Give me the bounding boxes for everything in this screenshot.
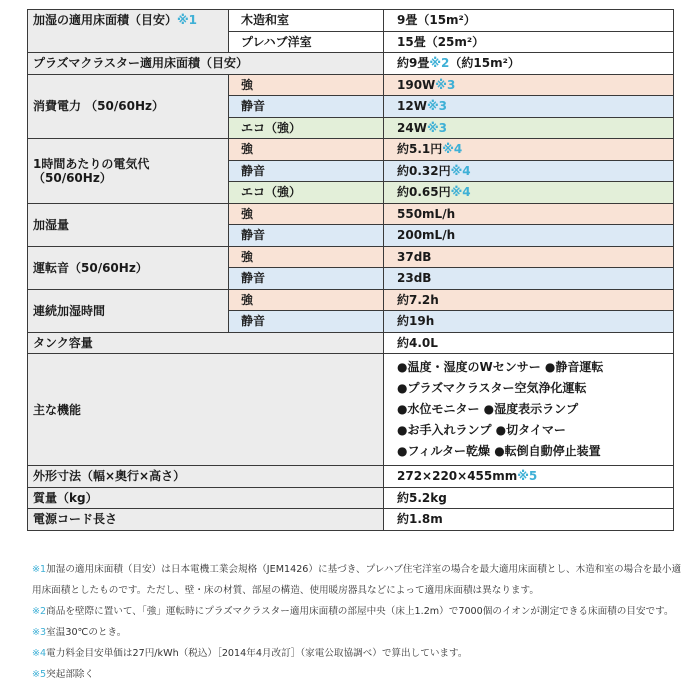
table-row: 連続加湿時間 強 約7.2h bbox=[28, 289, 674, 311]
value-text: 約0.65円 bbox=[397, 185, 451, 199]
label-text: 加湿の適用床面積（目安） bbox=[33, 13, 177, 27]
value-cell: 272×220×455mm※5 bbox=[384, 466, 674, 488]
tank-label: タンク容量 bbox=[28, 332, 384, 354]
value-cell: 約4.0L bbox=[384, 332, 674, 354]
label-line: 1時間あたりの電気代 bbox=[33, 157, 228, 171]
footnote-mark: ※5 bbox=[32, 669, 46, 680]
feature-line: ●フィルター乾燥 ●転倒自動停止装置 bbox=[397, 441, 673, 462]
footnote-ref: ※3 bbox=[427, 121, 447, 135]
table-row: 加湿の適用床面積（目安）※1 木造和室 9畳（15m²） bbox=[28, 10, 674, 32]
value-cell: 15畳（25m²） bbox=[384, 31, 674, 53]
sub-label: 静音 bbox=[229, 225, 384, 247]
value-text: 約5.1円 bbox=[397, 142, 442, 156]
value-cell: 200mL/h bbox=[384, 225, 674, 247]
footnote-text: 室温30℃のとき。 bbox=[46, 627, 126, 638]
spec-table: 加湿の適用床面積（目安）※1 木造和室 9畳（15m²） プレハブ洋室 15畳（… bbox=[27, 9, 674, 531]
sub-label: エコ（強） bbox=[229, 182, 384, 204]
value-cell: 約1.8m bbox=[384, 509, 674, 531]
table-row: 外形寸法（幅×奥行×高さ） 272×220×455mm※5 bbox=[28, 466, 674, 488]
footnote-text: 突起部除く bbox=[46, 669, 94, 680]
cord-label: 電源コード長さ bbox=[28, 509, 384, 531]
humidify-amount-label: 加湿量 bbox=[28, 203, 229, 246]
value-text: 190W bbox=[397, 78, 435, 92]
value-text: 約0.32円 bbox=[397, 164, 451, 178]
power-label: 消費電力 （50/60Hz） bbox=[28, 74, 229, 139]
value-cell: 約0.32円※4 bbox=[384, 160, 674, 182]
value-cell: 約5.2kg bbox=[384, 487, 674, 509]
sub-label: エコ（強） bbox=[229, 117, 384, 139]
table-row: 運転音（50/60Hz） 強 37dB bbox=[28, 246, 674, 268]
value-cell: 約19h bbox=[384, 311, 674, 333]
footnote-mark: ※1 bbox=[32, 564, 46, 575]
electricity-cost-label: 1時間あたりの電気代（50/60Hz） bbox=[28, 139, 229, 204]
sub-label: 木造和室 bbox=[229, 10, 384, 32]
table-row: 加湿量 強 550mL/h bbox=[28, 203, 674, 225]
footnote-ref: ※1 bbox=[177, 13, 197, 27]
footnote-ref: ※4 bbox=[451, 185, 471, 199]
footnote-text: 加湿の適用床面積（目安）は日本電機工業会規格（JEM1426）に基づき、プレハブ… bbox=[32, 564, 681, 596]
sub-label: 静音 bbox=[229, 160, 384, 182]
table-row: 電源コード長さ 約1.8m bbox=[28, 509, 674, 531]
sub-label: 強 bbox=[229, 289, 384, 311]
value-cell: 550mL/h bbox=[384, 203, 674, 225]
value-cell: 190W※3 bbox=[384, 74, 674, 96]
sub-label: 静音 bbox=[229, 311, 384, 333]
value-cell: 23dB bbox=[384, 268, 674, 290]
value-cell: 約5.1円※4 bbox=[384, 139, 674, 161]
value-cell: 12W※3 bbox=[384, 96, 674, 118]
sub-label: 強 bbox=[229, 74, 384, 96]
footnote-ref: ※5 bbox=[517, 469, 537, 483]
footnote-ref: ※4 bbox=[451, 164, 471, 178]
features-label: 主な機能 bbox=[28, 354, 384, 466]
footnote-text: 電力料金目安単価は27円/kWh（税込）［2014年4月改訂］（家電公取協調べ）… bbox=[46, 648, 467, 659]
table-row: 1時間あたりの電気代（50/60Hz） 強 約5.1円※4 bbox=[28, 139, 674, 161]
value-text: 約9畳 bbox=[397, 56, 429, 70]
table-row: プラズマクラスター適用床面積（目安） 約9畳※2（約15m²） bbox=[28, 53, 674, 75]
value-text: （約15m²） bbox=[449, 56, 519, 70]
table-row: 主な機能 ●温度・湿度のWセンサー ●静音運転 ●プラズマクラスター空気浄化運転… bbox=[28, 354, 674, 466]
value-cell: 24W※3 bbox=[384, 117, 674, 139]
footnote-mark: ※3 bbox=[32, 627, 46, 638]
table-row: 消費電力 （50/60Hz） 強 190W※3 bbox=[28, 74, 674, 96]
feature-line: ●プラズマクラスター空気浄化運転 bbox=[397, 378, 673, 399]
sub-label: 静音 bbox=[229, 96, 384, 118]
sub-label: 強 bbox=[229, 139, 384, 161]
dimensions-label: 外形寸法（幅×奥行×高さ） bbox=[28, 466, 384, 488]
plasmacluster-area-label: プラズマクラスター適用床面積（目安） bbox=[28, 53, 384, 75]
feature-line: ●水位モニター ●湿度表示ランプ bbox=[397, 399, 673, 420]
value-cell: 約7.2h bbox=[384, 289, 674, 311]
feature-line: ●お手入れランプ ●切タイマー bbox=[397, 420, 673, 441]
value-cell: 約0.65円※4 bbox=[384, 182, 674, 204]
footnote-mark: ※2 bbox=[32, 606, 46, 617]
sub-label: 強 bbox=[229, 203, 384, 225]
value-text: 12W bbox=[397, 99, 427, 113]
value-cell: 37dB bbox=[384, 246, 674, 268]
value-text: 24W bbox=[397, 121, 427, 135]
footnote-ref: ※3 bbox=[427, 99, 447, 113]
table-row: タンク容量 約4.0L bbox=[28, 332, 674, 354]
footnote: ※1加湿の適用床面積（目安）は日本電機工業会規格（JEM1426）に基づき、プレ… bbox=[32, 559, 682, 601]
footnote: ※4電力料金目安単価は27円/kWh（税込）［2014年4月改訂］（家電公取協調… bbox=[32, 643, 682, 664]
sub-label: 強 bbox=[229, 246, 384, 268]
value-text: 272×220×455mm bbox=[397, 469, 517, 483]
weight-label: 質量（kg） bbox=[28, 487, 384, 509]
footnote-ref: ※2 bbox=[429, 56, 449, 70]
footnote: ※3室温30℃のとき。 bbox=[32, 622, 682, 643]
table-row: 質量（kg） 約5.2kg bbox=[28, 487, 674, 509]
value-cell: 約9畳※2（約15m²） bbox=[384, 53, 674, 75]
label-line: （50/60Hz） bbox=[33, 171, 228, 185]
sub-label: プレハブ洋室 bbox=[229, 31, 384, 53]
footnote-ref: ※4 bbox=[442, 142, 462, 156]
sub-label: 静音 bbox=[229, 268, 384, 290]
footnote: ※5突起部除く bbox=[32, 664, 682, 685]
footnote-ref: ※3 bbox=[435, 78, 455, 92]
continuous-time-label: 連続加湿時間 bbox=[28, 289, 229, 332]
footnotes: ※1加湿の適用床面積（目安）は日本電機工業会規格（JEM1426）に基づき、プレ… bbox=[32, 559, 682, 685]
humidify-area-label: 加湿の適用床面積（目安）※1 bbox=[28, 10, 229, 53]
footnote: ※2商品を壁際に置いて、「強」運転時にプラズマクラスター適用床面積の部屋中央（床… bbox=[32, 601, 682, 622]
features-list: ●温度・湿度のWセンサー ●静音運転 ●プラズマクラスター空気浄化運転 ●水位モ… bbox=[384, 354, 674, 466]
feature-line: ●温度・湿度のWセンサー ●静音運転 bbox=[397, 357, 673, 378]
value-cell: 9畳（15m²） bbox=[384, 10, 674, 32]
footnote-mark: ※4 bbox=[32, 648, 46, 659]
footnote-text: 商品を壁際に置いて、「強」運転時にプラズマクラスター適用床面積の部屋中央（床上1… bbox=[46, 606, 673, 617]
noise-label: 運転音（50/60Hz） bbox=[28, 246, 229, 289]
